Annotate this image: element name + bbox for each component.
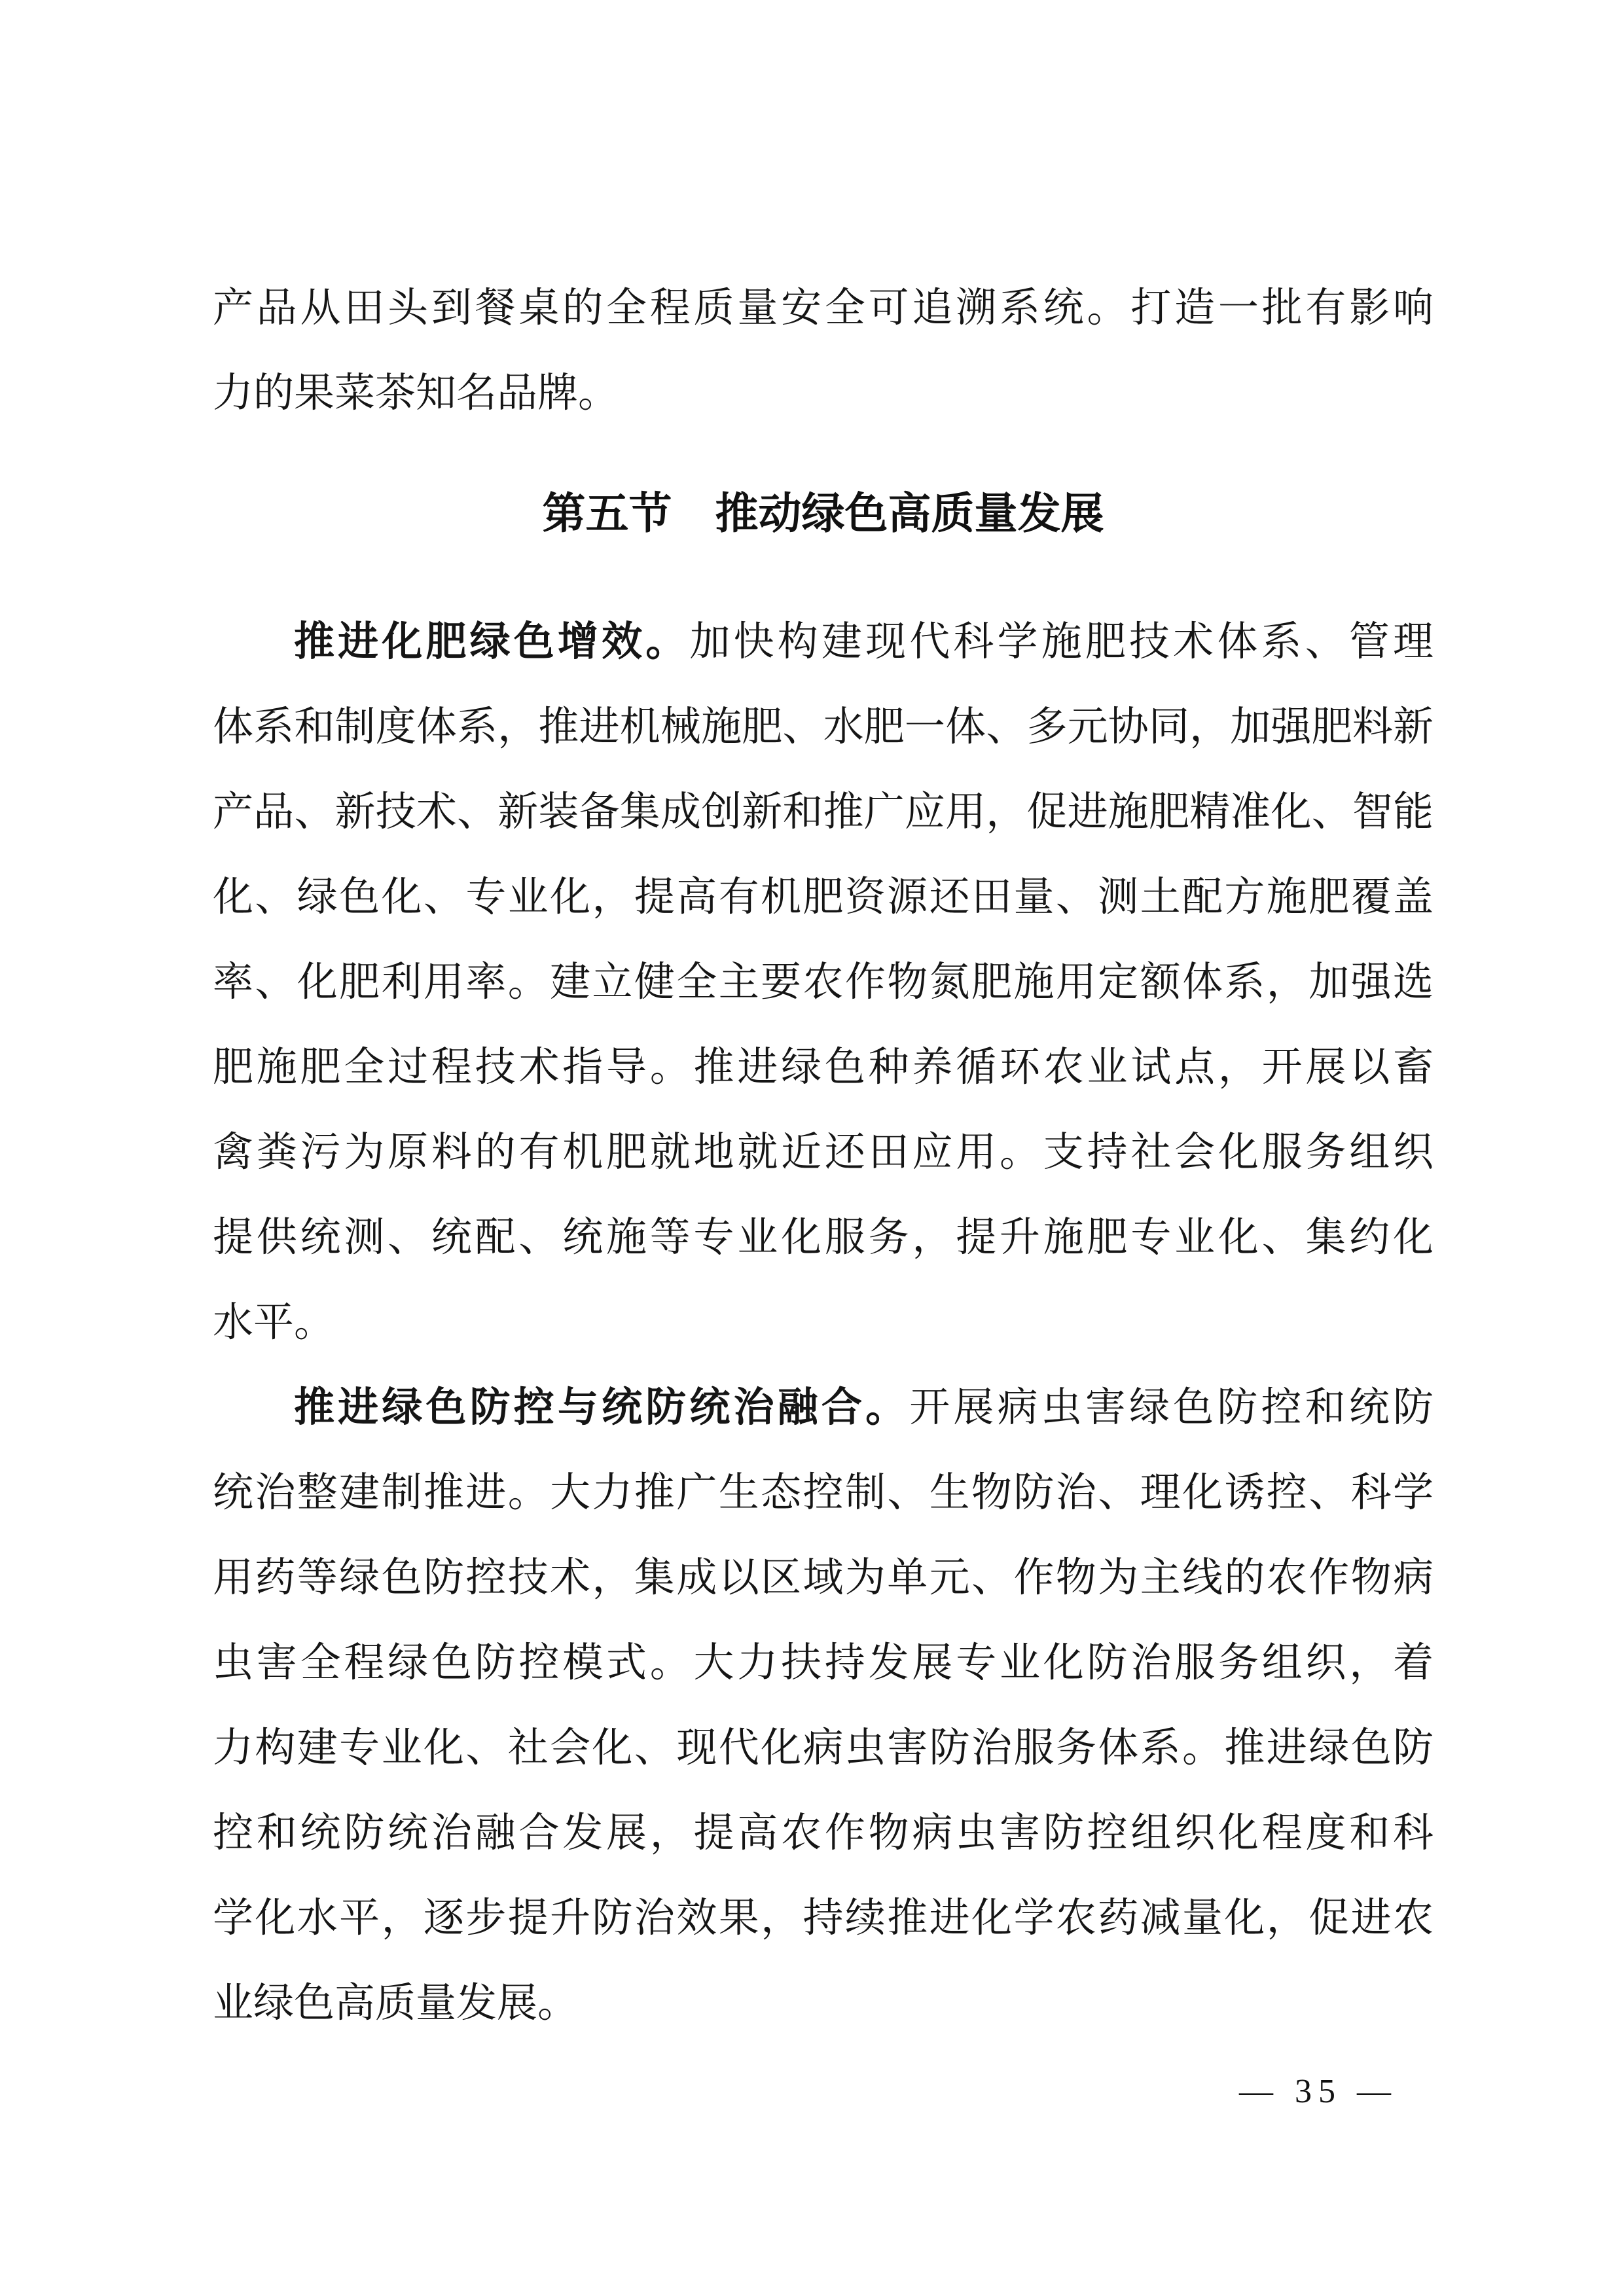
text-line: 控和统防统治融合发展，提高农作物病虫害防控组织化程度和科 (213, 1791, 1434, 1876)
text-line: 力构建专业化、社会化、现代化病虫害防治服务体系。推进绿色防 (213, 1706, 1434, 1791)
body-text: 产品从田头到餐桌的全程质量安全可追溯系统。打造一批有影响 力的果菜茶知名品牌。 … (213, 266, 1434, 2046)
text-line: 推进绿色防控与统防统治融合。开展病虫害绿色防控和统防 (213, 1365, 1434, 1450)
text-line: 产品从田头到餐桌的全程质量安全可追溯系统。打造一批有影响 (213, 266, 1434, 351)
text-line: 力的果菜茶知名品牌。 (213, 351, 1434, 436)
para-lead-bold: 推进绿色防控与统防统治融合。 (294, 1386, 909, 1430)
para-fertilizer-efficiency: 推进化肥绿色增效。加快构建现代科学施肥技术体系、管理 体系和制度体系，推进机械施… (213, 600, 1434, 1365)
text-line: 用药等绿色防控技术，集成以区域为单元、作物为主线的农作物病 (213, 1535, 1434, 1621)
page-number: — 35 — (1239, 2068, 1398, 2115)
text-line: 提供统测、统配、统施等专业化服务，提升施肥专业化、集约化 (213, 1195, 1434, 1280)
text-line: 率、化肥利用率。建立健全主要农作物氮肥施用定额体系，加强选 (213, 940, 1434, 1025)
text-run: 开展病虫害绿色防控和统防 (909, 1386, 1434, 1430)
text-line: 水平。 (213, 1280, 1434, 1365)
text-line: 化、绿色化、专业化，提高有机肥资源还田量、测土配方施肥覆盖 (213, 855, 1434, 940)
text-line: 推进化肥绿色增效。加快构建现代科学施肥技术体系、管理 (213, 600, 1434, 685)
section-heading: 第五节 推动绿色高质量发展 (213, 472, 1434, 557)
text-line: 体系和制度体系，推进机械施肥、水肥一体、多元协同，加强肥料新 (213, 685, 1434, 770)
text-line: 学化水平，逐步提升防治效果，持续推进化学农药减量化，促进农 (213, 1876, 1434, 1961)
para-lead-bold: 推进化肥绿色增效。 (294, 620, 689, 664)
text-line: 禽粪污为原料的有机肥就地就近还田应用。支持社会化服务组织 (213, 1110, 1434, 1195)
text-line: 肥施肥全过程技术指导。推进绿色种养循环农业试点，开展以畜 (213, 1025, 1434, 1110)
para-quality-traceability: 产品从田头到餐桌的全程质量安全可追溯系统。打造一批有影响 力的果菜茶知名品牌。 (213, 266, 1434, 436)
text-line: 虫害全程绿色防控模式。大力扶持发展专业化防治服务组织，着 (213, 1621, 1434, 1706)
text-line: 统治整建制推进。大力推广生态控制、生物防治、理化诱控、科学 (213, 1450, 1434, 1535)
text-line: 业绿色高质量发展。 (213, 1961, 1434, 2046)
text-line: 产品、新技术、新装备集成创新和推广应用，促进施肥精准化、智能 (213, 770, 1434, 855)
document-page: 产品从田头到餐桌的全程质量安全可追溯系统。打造一批有影响 力的果菜茶知名品牌。 … (0, 0, 1624, 2296)
text-run: 加快构建现代科学施肥技术体系、管理 (689, 620, 1434, 664)
para-green-pest-control: 推进绿色防控与统防统治融合。开展病虫害绿色防控和统防 统治整建制推进。大力推广生… (213, 1365, 1434, 2046)
